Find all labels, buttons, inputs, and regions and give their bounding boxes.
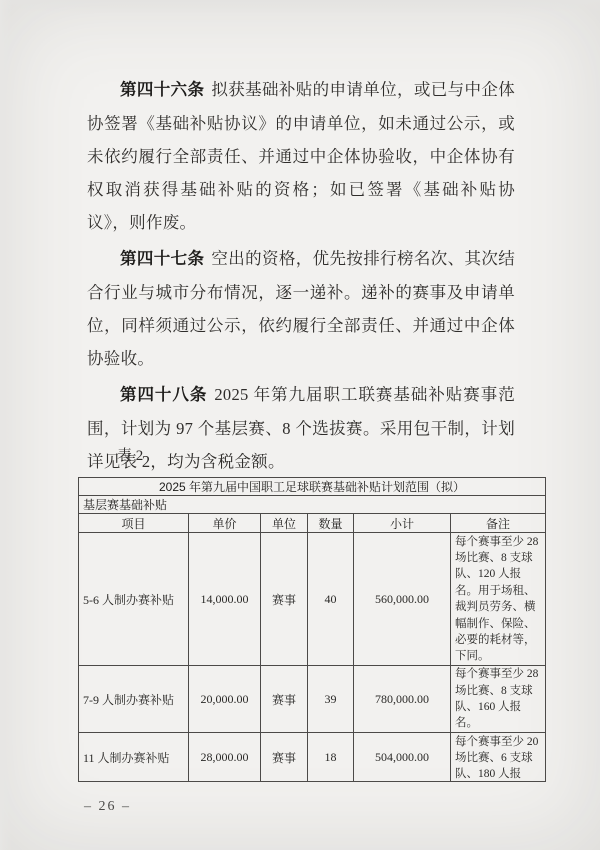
document-page: 第四十六条拟获基础补贴的申请单位，或已与中企体协签署《基础补贴协议》的申请单位，…: [0, 0, 600, 850]
table-row: 11 人制办赛补贴 28,000.00 赛事 18 504,000.00 每个赛…: [79, 733, 546, 782]
article-47-number: 第四十七条: [120, 250, 204, 268]
paragraph-article-47: 第四十七条空出的资格，优先按排行榜名次、其次结合行业与城市分布情况，逐一递补。递…: [87, 242, 515, 375]
header-unit: 单位: [261, 514, 308, 533]
table-label: 表 2: [117, 446, 143, 466]
cell-quantity: 39: [308, 666, 354, 733]
article-48-number: 第四十八条: [120, 386, 207, 404]
remarks-text: 每个赛事至少 28 场比赛、8 支球队、120 人报名。用于场租、裁判员劳务、横…: [455, 534, 541, 665]
cell-item: 11 人制办赛补贴: [79, 733, 189, 782]
cell-subtotal: 504,000.00: [354, 733, 451, 782]
cell-unit: 赛事: [261, 666, 308, 733]
paragraph-article-46: 第四十六条拟获基础补贴的申请单位，或已与中企体协签署《基础补贴协议》的申请单位，…: [87, 73, 515, 239]
cell-unit-price: 14,000.00: [189, 533, 261, 666]
article-46-text: 拟获基础补贴的申请单位，或已与中企体协签署《基础补贴协议》的申请单位，如未通过公…: [87, 80, 515, 232]
article-46-number: 第四十六条: [120, 81, 204, 99]
cell-subtotal: 780,000.00: [354, 666, 451, 733]
table-section-row: 基层赛基础补贴: [79, 496, 546, 514]
table-row: 7-9 人制办赛补贴 20,000.00 赛事 39 780,000.00 每个…: [79, 666, 546, 733]
body-text-block: 第四十六条拟获基础补贴的申请单位，或已与中企体协签署《基础补贴协议》的申请单位，…: [87, 73, 515, 478]
table-section-label: 基层赛基础补贴: [79, 496, 546, 514]
header-remarks: 备注: [451, 514, 546, 533]
cell-remarks: 每个赛事至少 28 场比赛、8 支球队、160 人报名。: [451, 666, 546, 733]
header-unit-price: 单价: [189, 514, 261, 533]
cell-remarks: 每个赛事至少 28 场比赛、8 支球队、120 人报名。用于场租、裁判员劳务、横…: [451, 533, 546, 666]
cell-unit: 赛事: [261, 533, 308, 666]
page-number: – 26 –: [84, 799, 131, 815]
header-subtotal: 小计: [354, 514, 451, 533]
table-header-row: 项目 单价 单位 数量 小计 备注: [79, 514, 546, 533]
header-quantity: 数量: [308, 514, 354, 533]
table-title-row: 2025 年第九届中国职工足球联赛基础补贴计划范围（拟）: [79, 478, 546, 496]
subsidy-plan-table: 2025 年第九届中国职工足球联赛基础补贴计划范围（拟） 基层赛基础补贴 项目 …: [78, 477, 546, 782]
table-row: 5-6 人制办赛补贴 14,000.00 赛事 40 560,000.00 每个…: [79, 533, 546, 666]
remarks-text: 每个赛事至少 20 场比赛、6 支球队、180 人报: [455, 734, 541, 781]
table-title: 2025 年第九届中国职工足球联赛基础补贴计划范围（拟）: [79, 478, 546, 496]
cell-remarks: 每个赛事至少 20 场比赛、6 支球队、180 人报: [451, 733, 546, 782]
paragraph-article-48: 第四十八条2025 年第九届职工联赛基础补贴赛事范围，计划为 97 个基层赛、8…: [87, 378, 515, 478]
cell-item: 7-9 人制办赛补贴: [79, 666, 189, 733]
cell-subtotal: 560,000.00: [354, 533, 451, 666]
cell-unit: 赛事: [261, 733, 308, 782]
cell-item: 5-6 人制办赛补贴: [79, 533, 189, 666]
remarks-text: 每个赛事至少 28 场比赛、8 支球队、160 人报名。: [455, 666, 541, 732]
cell-quantity: 40: [308, 533, 354, 666]
cell-unit-price: 28,000.00: [189, 733, 261, 782]
cell-unit-price: 20,000.00: [189, 666, 261, 733]
header-item: 项目: [79, 514, 189, 533]
cell-quantity: 18: [308, 733, 354, 782]
